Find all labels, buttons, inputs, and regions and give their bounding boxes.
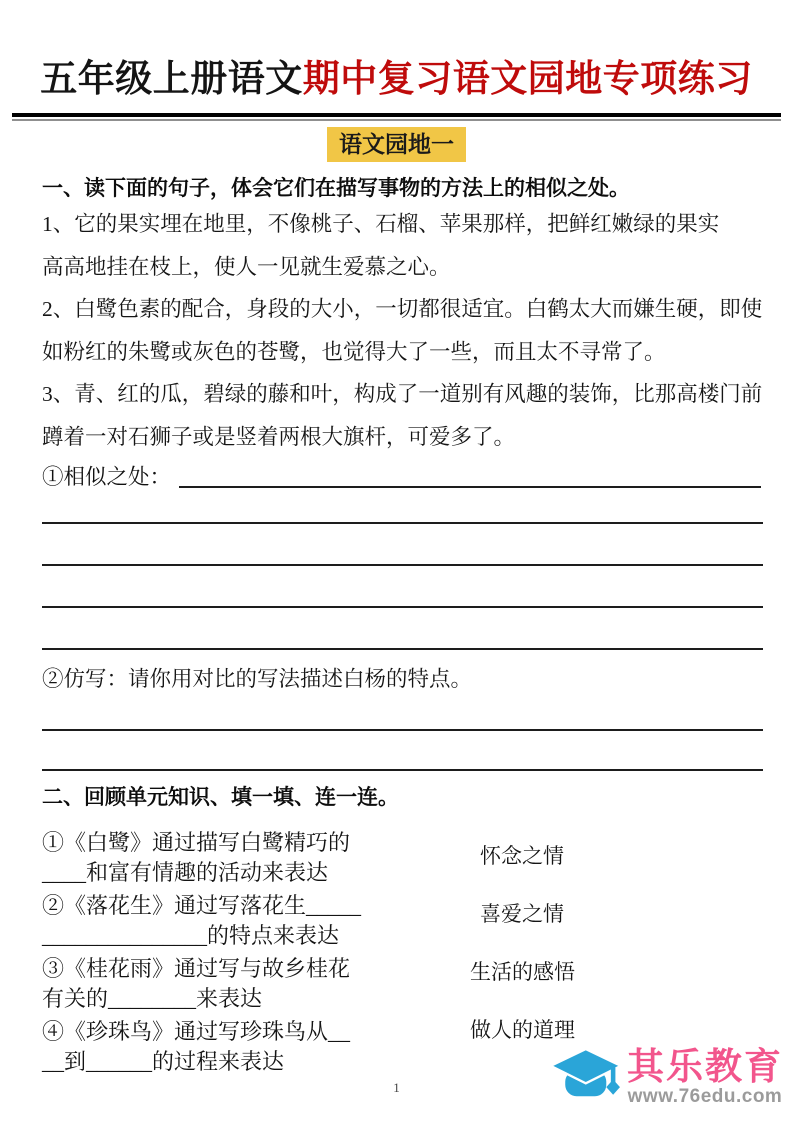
answer-line-6: [42, 731, 763, 771]
site-logo: 其乐教育 www.76edu.com: [547, 1040, 783, 1116]
body-line-1: 1、它的果实埋在地里，不像桃子、石榴、苹果那样，把鲜红嫩绿的果实: [42, 203, 763, 246]
list-item-1: ①《白鹭》通过描写白鹭精巧的 ____和富有情趣的活动来表达: [42, 828, 470, 887]
item-3-line-1: ③《桂花雨》通过写与故乡桂花: [42, 954, 470, 984]
question2-label: ②仿写：请你用对比的写法描述白杨的特点。: [42, 665, 763, 693]
page-title: 五年级上册语文期中复习语文园地专项练习: [0, 0, 793, 104]
logo-text-block: 其乐教育 www.76edu.com: [627, 1048, 783, 1108]
logo-name: 其乐教育: [627, 1048, 783, 1086]
section2-heading: 二、回顾单元知识、填一填、连一连。: [42, 783, 763, 813]
list-item-4: ④《珍珠鸟》通过写珍珠鸟从__ __到______的过程来表达: [42, 1017, 470, 1076]
match-option-2: 喜爱之情: [470, 903, 763, 925]
graduation-cap-icon: [547, 1040, 623, 1116]
question1-label: ①相似之处：: [42, 462, 171, 492]
body-line-6: 蹲着一对石狮子或是竖着两根大旗杆，可爱多了。: [42, 416, 763, 459]
question1-row: ①相似之处：: [42, 460, 763, 492]
answer-line-4: [42, 608, 763, 650]
worksheet-body: 一、读下面的句子，体会它们在描写事物的方法上的相似之处。 1、它的果实埋在地里，…: [42, 175, 763, 1080]
list-item-3: ③《桂花雨》通过写与故乡桂花 有关的________来表达: [42, 954, 470, 1013]
item-1-line-2: ____和富有情趣的活动来表达: [42, 858, 470, 888]
item-4-line-1: ④《珍珠鸟》通过写珍珠鸟从__: [42, 1017, 470, 1047]
title-divider: [12, 113, 781, 121]
unit-badge: 语文园地一: [327, 127, 466, 162]
item-2-line-1: ②《落花生》通过写落花生_____: [42, 891, 470, 921]
body-line-4: 如粉红的朱鹭或灰色的苍鹭，也觉得大了一些，而且太不寻常了。: [42, 331, 763, 374]
item-3-line-2: 有关的________来表达: [42, 984, 470, 1014]
section1-heading: 一、读下面的句子，体会它们在描写事物的方法上的相似之处。: [42, 175, 763, 203]
item-2-line-2: _______________的特点来表达: [42, 921, 470, 951]
match-option-3: 生活的感悟: [470, 961, 763, 983]
item-1-line-1: ①《白鹭》通过描写白鹭精巧的: [42, 828, 470, 858]
answer-line-5: [42, 693, 763, 731]
body-line-3: 2、白鹭色素的配合，身段的大小，一切都很适宜。白鹤太大而嫌生硬，即使: [42, 288, 763, 331]
answer-blank-inline: [179, 462, 761, 488]
answer-line-2: [42, 524, 763, 566]
answer-line-3: [42, 566, 763, 608]
worksheet-page: 五年级上册语文期中复习语文园地专项练习 语文园地一 一、读下面的句子，体会它们在…: [0, 0, 793, 1122]
list-item-2: ②《落花生》通过写落花生_____ _______________的特点来表达: [42, 891, 470, 950]
badge-row: 语文园地一: [0, 127, 793, 162]
body-line-2: 高高地挂在枝上，使人一见就生爱慕之心。: [42, 246, 763, 289]
item-4-line-2: __到______的过程来表达: [42, 1047, 470, 1077]
title-topic-part: 期中复习语文园地专项练习: [303, 59, 753, 100]
match-option-4: 做人的道理: [470, 1019, 763, 1041]
answer-line-1: [42, 492, 763, 524]
title-grade-part: 五年级上册语文: [40, 59, 303, 100]
logo-url: www.76edu.com: [627, 1086, 783, 1108]
matching-left-column: ①《白鹭》通过描写白鹭精巧的 ____和富有情趣的活动来表达 ②《落花生》通过写…: [42, 828, 470, 1080]
match-option-1: 怀念之情: [470, 845, 763, 867]
body-line-5: 3、青、红的瓜，碧绿的藤和叶，构成了一道别有风趣的装饰，比那高楼门前: [42, 373, 763, 416]
